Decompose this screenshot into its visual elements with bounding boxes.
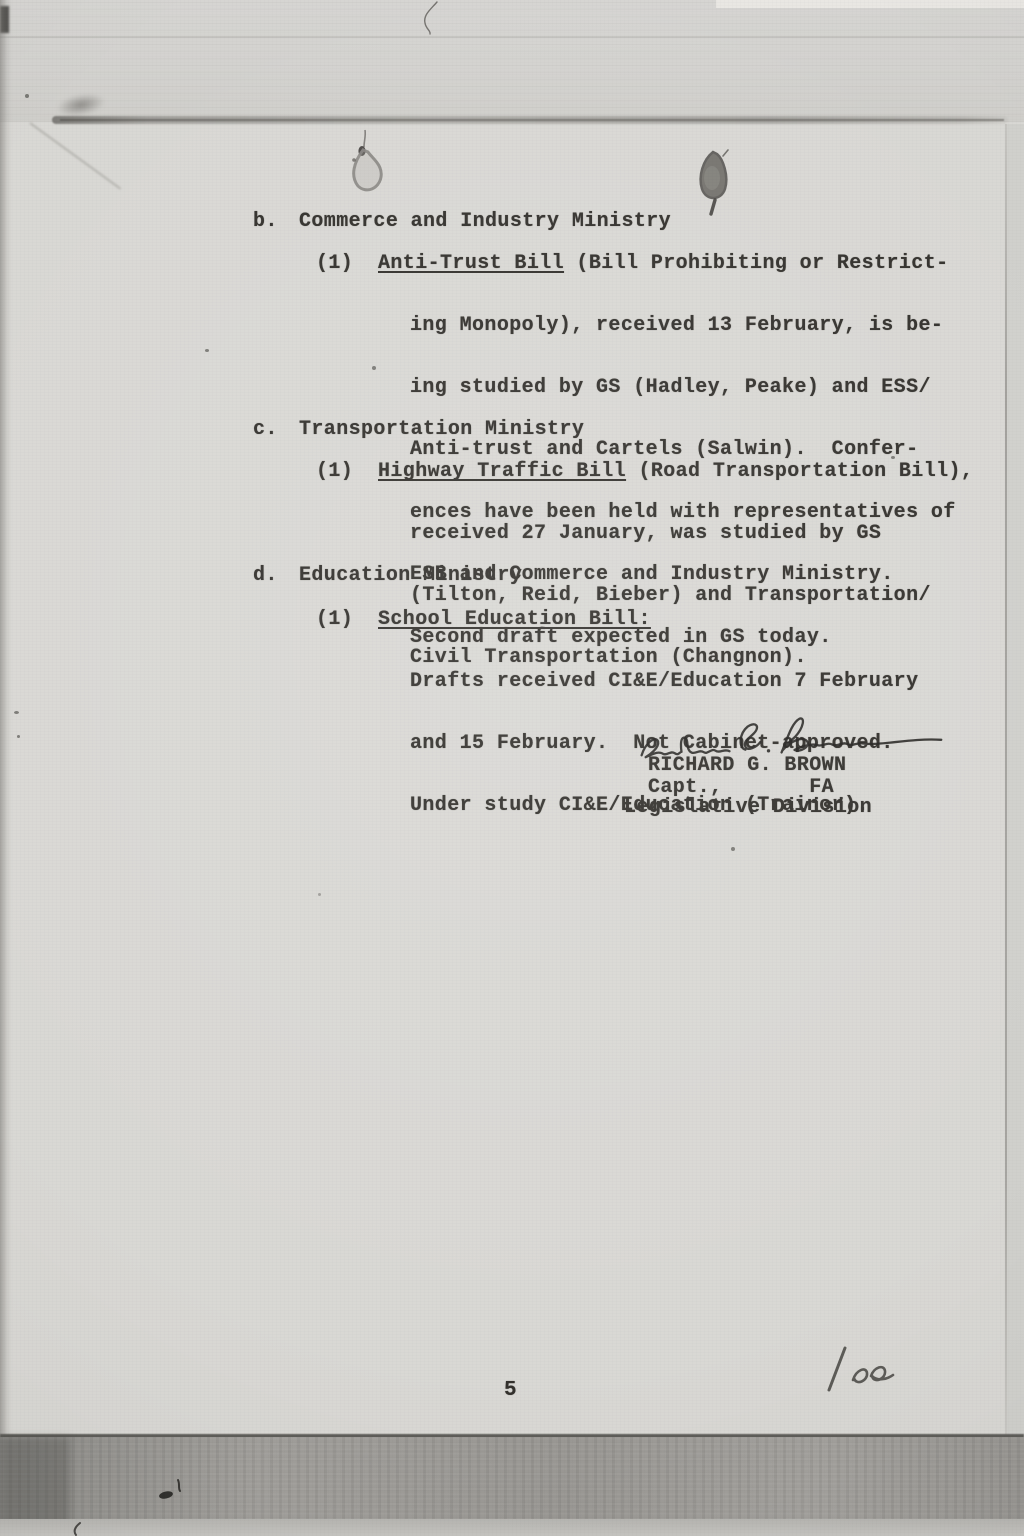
- paper-speck: [891, 456, 895, 459]
- item-title-line-d1: School Education Bill:: [378, 610, 651, 631]
- item-number-b1: (1): [316, 254, 353, 275]
- section-label-b: b.: [253, 212, 278, 233]
- body-line: (Tilton, Reid, Bieber) and Transportatio…: [410, 586, 931, 607]
- paper-speck: [205, 349, 209, 352]
- backing-strip-bottom: [0, 1519, 1024, 1536]
- bill-title-rest-b1: (Bill Prohibiting or Restrict-: [564, 252, 948, 275]
- body-line: received 27 January, was studied by GS: [410, 524, 931, 545]
- section-label-d: d.: [253, 566, 278, 587]
- body-line: Anti-trust and Cartels (Salwin). Confer-: [410, 440, 956, 461]
- paper-speck: [25, 94, 29, 98]
- body-line: ing studied by GS (Hadley, Peake) and ES…: [410, 378, 956, 399]
- bottom-band-ink-mark: [156, 1478, 186, 1504]
- bottom-strip-ink-mark: [70, 1522, 86, 1536]
- handwritten-page-mark: [815, 1342, 915, 1397]
- backing-band-bottom: [0, 1437, 1024, 1520]
- left-edge-shadow: [0, 0, 12, 1536]
- bill-title-rest-c1: (Road Transportation Bill),: [626, 460, 973, 483]
- item-number-c1: (1): [316, 462, 353, 483]
- paper-streak: [0, 36, 1024, 38]
- paper-speck: [318, 893, 321, 896]
- bill-title-b1: Anti-Trust Bill: [378, 252, 564, 275]
- item-title-line-c1: Highway Traffic Bill (Road Transportatio…: [378, 462, 973, 483]
- bill-title-c1: Highway Traffic Bill: [378, 460, 626, 483]
- body-line: ing Monopoly), received 13 February, is …: [410, 316, 956, 337]
- paper-speck: [372, 366, 376, 370]
- ink-blot-left-icon: [346, 126, 394, 204]
- paper-speck: [14, 711, 19, 714]
- backing-sheet-top: [0, 0, 1024, 122]
- right-edge-margin: [1007, 124, 1024, 1436]
- section-heading-d: Education Ministry: [299, 566, 522, 587]
- corner-fold-line: [29, 122, 121, 189]
- paper-speck: [731, 847, 735, 851]
- page-top-crease-core: [60, 119, 1004, 121]
- bill-title-d1: School Education Bill:: [378, 608, 651, 631]
- signature-typed-name: RICHARD G. BROWN: [648, 756, 846, 777]
- item-number-d1: (1): [316, 610, 353, 631]
- signature-division: Legislative Division: [624, 798, 872, 819]
- section-label-c: c.: [253, 420, 278, 441]
- scanned-page: b. Commerce and Industry Ministry (1) An…: [0, 0, 1024, 1536]
- page-number: 5: [504, 1381, 517, 1402]
- section-heading-c: Transportation Ministry: [299, 420, 584, 441]
- ink-blot-right-icon: [692, 146, 734, 218]
- hairline-curl-mark: [413, 1, 451, 35]
- scan-glare-strip: [716, 0, 1024, 8]
- paper-speck: [17, 735, 20, 738]
- body-line: Drafts received CI&E/Education 7 Februar…: [410, 672, 918, 693]
- item-title-line-b1: Anti-Trust Bill (Bill Prohibiting or Res…: [378, 254, 949, 275]
- section-heading-b: Commerce and Industry Ministry: [299, 212, 671, 233]
